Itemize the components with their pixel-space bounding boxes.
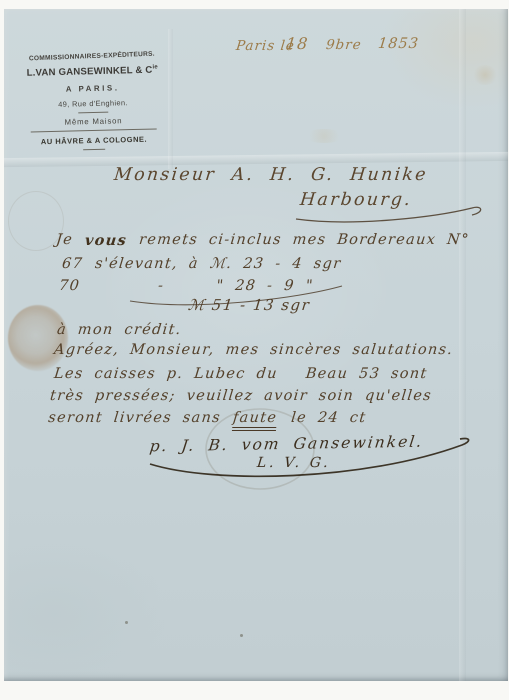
seal-stain bbox=[8, 305, 68, 371]
firm-name-text: L.VAN GANSEWINKEL & C bbox=[26, 65, 152, 79]
delivery-date: le 24 ct bbox=[290, 410, 367, 431]
signature: p. J. B. vom Gansewinkel. bbox=[149, 433, 425, 456]
foxing-spot bbox=[304, 129, 344, 143]
paper-speck bbox=[240, 634, 243, 637]
letterhead-city: A PARIS. bbox=[18, 82, 168, 95]
letter-paper: COMMISSIONNAIRES-EXPÉDITEURS. L.VAN GANS… bbox=[4, 9, 508, 681]
firm-name-superscript: ie bbox=[152, 64, 158, 70]
letterhead-maison: Même Maison bbox=[18, 115, 168, 128]
body-line-7: Les caisses p. Lubec du Beau 53 sont bbox=[53, 366, 428, 382]
body-line-9: seront livrées sans faute le 24 ct bbox=[47, 410, 367, 431]
dateline-year: 1853 bbox=[377, 36, 420, 52]
body-line-8: très pressées; veuillez avoir soin qu'el… bbox=[49, 388, 433, 404]
caisses-reference: Beau 53 sont bbox=[305, 366, 429, 382]
dateline-month: 9bre bbox=[325, 37, 362, 53]
letterhead-branches: AU HÂVRE & A COLOGNE. bbox=[19, 134, 169, 147]
amount-67: s'élevant, à ℳ. 23 - 4 sgr bbox=[94, 256, 342, 272]
delivery-text: seront livrées sans bbox=[47, 410, 222, 431]
recipient-city: Harbourg. bbox=[299, 190, 413, 210]
body-line-1-text: remets ci-inclus mes Bordereaux N° bbox=[138, 232, 470, 249]
body-line-3: 70 - " 28 - 9 " bbox=[58, 278, 314, 294]
total-amount: ℳ 51 - 13 sgr bbox=[187, 296, 311, 314]
vertical-fold-crease bbox=[459, 9, 466, 681]
body-line-2: 67 s'élevant, à ℳ. 23 - 4 sgr bbox=[61, 256, 342, 272]
letterhead: COMMISSIONNAIRES-EXPÉDITEURS. L.VAN GANS… bbox=[17, 51, 169, 152]
recipient-name: Monsieur A. H. G. Hunike bbox=[113, 165, 429, 185]
credit-line: à mon crédit. bbox=[56, 322, 182, 338]
body-line-1-word: Je bbox=[55, 232, 74, 249]
body-line-1: Je vous remets ci-inclus mes Bordereaux … bbox=[55, 232, 470, 249]
body-line-1-bold-word: vous bbox=[84, 232, 128, 249]
bordereau-number-70: 70 bbox=[58, 278, 81, 294]
caisses-text: Les caisses p. Lubec du bbox=[53, 366, 278, 382]
letterhead-rule bbox=[78, 112, 108, 114]
bordereau-number-67: 67 bbox=[61, 256, 84, 272]
signature-initials: L. V. G. bbox=[256, 455, 332, 471]
letterhead-rule bbox=[83, 149, 105, 151]
amount-70: " 28 - 9 " bbox=[215, 278, 314, 294]
salutation-line: Agréez, Monsieur, mes sincères salutatio… bbox=[53, 342, 454, 358]
foxing-spot bbox=[472, 65, 498, 85]
letterhead-street: 49, Rue d'Enghien. bbox=[18, 97, 168, 110]
paper-speck bbox=[125, 621, 128, 624]
letterhead-rule bbox=[31, 129, 157, 133]
underlined-faute: faute bbox=[232, 410, 278, 431]
ditto-dash: - bbox=[157, 278, 165, 294]
letterhead-firm-name: L.VAN GANSEWINKEL & Cie bbox=[17, 64, 167, 79]
dateline-day: 18 bbox=[285, 34, 309, 53]
letterhead-profession: COMMISSIONNAIRES-EXPÉDITEURS. bbox=[17, 50, 167, 63]
